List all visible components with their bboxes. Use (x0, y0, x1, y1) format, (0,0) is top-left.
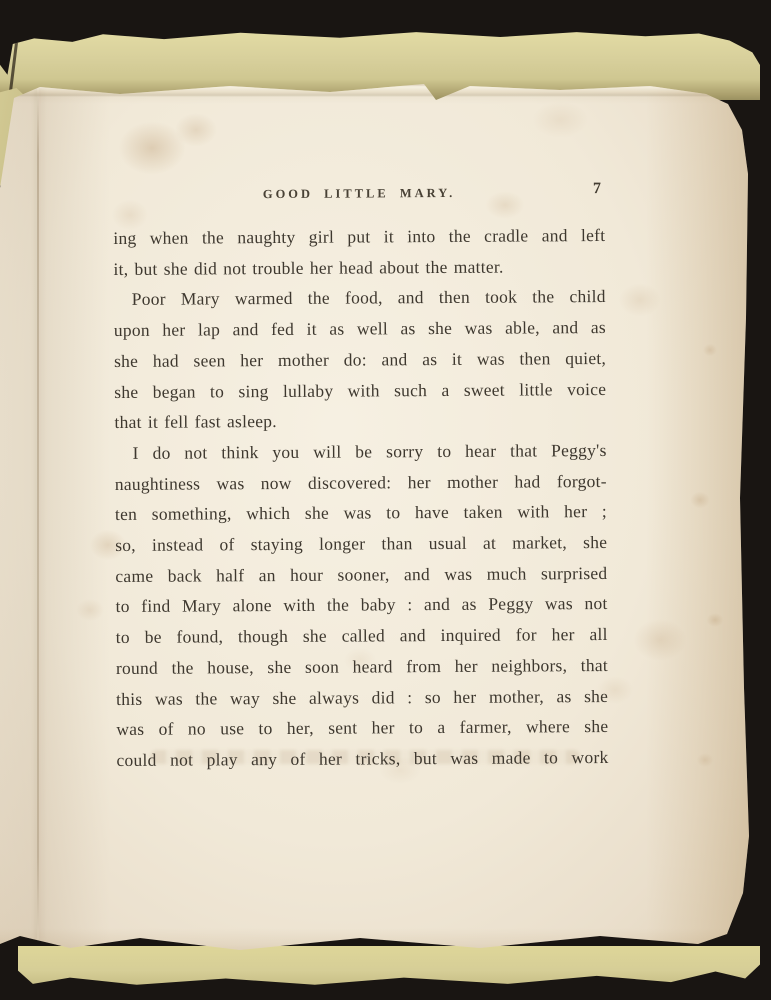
page-fold-crease (37, 86, 39, 942)
text-line: was of no use to her, sent her to a farm… (116, 711, 608, 745)
text-line: she began to sing lullaby with such a sw… (114, 374, 606, 408)
text-line: ing when the naughty girl put it into th… (113, 220, 605, 254)
text-line: ten something, which she was to have tak… (115, 496, 607, 530)
text-line: this was the way she always did : so her… (116, 681, 608, 715)
text-line: she had seen her mother do: and as it wa… (114, 343, 606, 377)
running-head-title: GOOD LITTLE MARY. (263, 186, 456, 201)
text-line: round the house, she soon heard from her… (116, 650, 608, 684)
page-number: 7 (593, 180, 601, 198)
text-line: so, instead of staying longer than usual… (115, 527, 607, 561)
book-cover-edge-bottom (18, 946, 760, 990)
text-line: it, but she did not trouble her head abo… (113, 251, 605, 285)
text-line: came back half an hour sooner, and was m… (115, 558, 607, 592)
text-line: naughtiness was now discovered: her moth… (115, 466, 607, 500)
text-line: Poor Mary warmed the food, and then took… (114, 281, 606, 315)
text-line: upon her lap and fed it as well as she w… (114, 312, 606, 346)
scanned-book-page-photo: GOOD LITTLE MARY. 7 ing when the naughty… (0, 0, 771, 1000)
text-line: that it fell fast asleep. (114, 404, 606, 438)
text-line: I do not think you will be sorry to hear… (115, 435, 607, 469)
text-line: to be found, though she called and inqui… (116, 619, 608, 653)
text-line: could not play any of her tricks, but wa… (116, 742, 608, 776)
running-head: GOOD LITTLE MARY. 7 (113, 183, 605, 206)
book-page: GOOD LITTLE MARY. 7 ing when the naughty… (0, 78, 751, 958)
page-text-block: GOOD LITTLE MARY. 7 ing when the naughty… (113, 183, 609, 776)
body-text: ing when the naughty girl put it into th… (113, 220, 608, 776)
text-line: to find Mary alone with the baby : and a… (115, 588, 607, 622)
